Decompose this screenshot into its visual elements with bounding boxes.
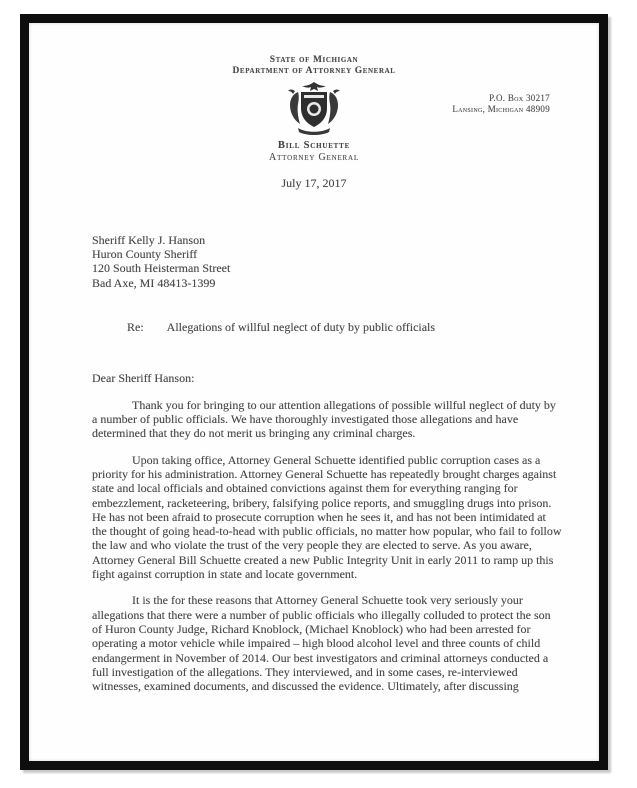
michigan-coat-of-arms-icon: [286, 80, 342, 138]
return-address: P.O. Box 30217 Lansing, Michigan 48909: [452, 93, 550, 115]
subject-text: Allegations of willful neglect of duty b…: [167, 320, 435, 335]
body-paragraph: It is the for these reasons that Attorne…: [92, 593, 562, 693]
letter-border-frame: State of Michigan Department of Attorney…: [20, 14, 608, 770]
body-paragraph: Upon taking office, Attorney General Sch…: [92, 453, 562, 582]
subject-line: Re: Allegations of willful neglect of du…: [92, 320, 560, 335]
body-paragraph: Thank you for bringing to our attention …: [92, 398, 562, 441]
subject-label: Re:: [127, 320, 144, 335]
recipient-city: Bad Axe, MI 48413-1399: [92, 276, 560, 290]
letterhead-attorney-name: Bill Schuette: [68, 139, 560, 152]
letterhead-attorney-title: Attorney General: [68, 152, 560, 164]
letterhead-department-line: Department of Attorney General: [68, 66, 560, 77]
letterhead-state-line: State of Michigan: [68, 55, 560, 66]
recipient-address-block: Sheriff Kelly J. Hanson Huron County She…: [92, 233, 560, 290]
return-address-pobox: P.O. Box 30217: [452, 93, 550, 104]
recipient-name: Sheriff Kelly J. Hanson: [92, 233, 560, 247]
recipient-street: 120 South Heisterman Street: [92, 261, 560, 275]
salutation: Dear Sheriff Hanson:: [92, 371, 560, 386]
return-address-city: Lansing, Michigan 48909: [452, 104, 550, 115]
scanned-letter-screenshot: State of Michigan Department of Attorney…: [0, 0, 637, 788]
recipient-office: Huron County Sheriff: [92, 247, 560, 261]
letter-body: Thank you for bringing to our attention …: [92, 398, 560, 694]
letter-date: July 17, 2017: [68, 176, 560, 191]
letter-page: State of Michigan Department of Attorney…: [29, 23, 599, 761]
